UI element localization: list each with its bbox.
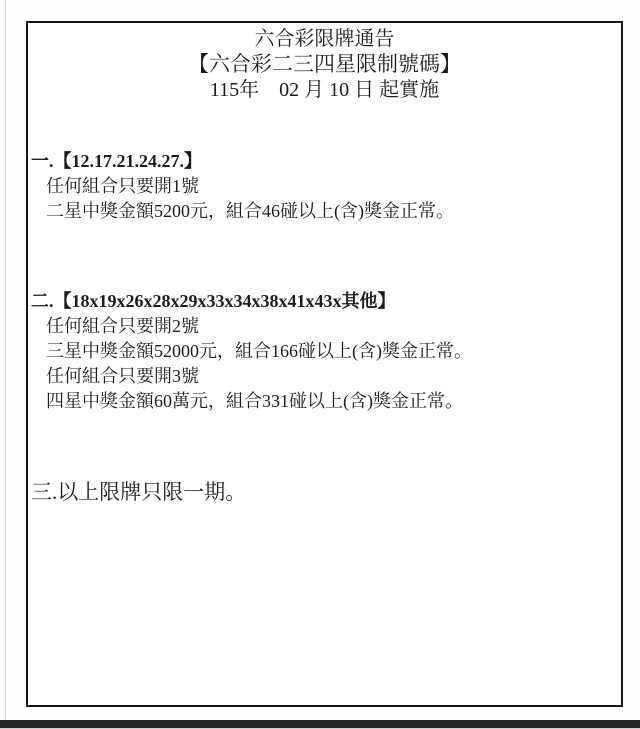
notice-header: 六合彩限牌通告 【六合彩二三四星限制號碼】 115年 02 月 10 日 起實施 xyxy=(28,27,621,103)
section-1: 一.【12.17.21.24.27.】 任何組合只要開1號 二星中獎金額5200… xyxy=(28,149,621,224)
notice-title: 六合彩限牌通告 xyxy=(28,27,621,51)
scanned-notice-page: 六合彩限牌通告 【六合彩二三四星限制號碼】 115年 02 月 10 日 起實施… xyxy=(0,0,640,729)
bottom-scan-band xyxy=(0,720,640,728)
notice-border-box: 六合彩限牌通告 【六合彩二三四星限制號碼】 115年 02 月 10 日 起實施… xyxy=(26,21,623,707)
left-scan-edge-line xyxy=(5,0,6,729)
notice-effective-date: 115年 02 月 10 日 起實施 xyxy=(28,77,621,103)
section-2-line: 任何組合只要開3號 xyxy=(28,364,621,389)
section-2: 二.【18x19x26x28x29x33x34x38x41x43x其他】 任何組… xyxy=(28,289,621,414)
section-2-line: 四星中獎金額60萬元，組合331碰以上(含)獎金正常。 xyxy=(28,389,621,414)
section-1-line: 任何組合只要開1號 xyxy=(28,174,621,199)
section-3-heading: 三.以上限牌只限一期。 xyxy=(28,479,621,505)
section-2-line: 三星中獎金額52000元，組合166碰以上(含)獎金正常。 xyxy=(28,339,621,364)
notice-subtitle: 【六合彩二三四星限制號碼】 xyxy=(28,51,621,77)
section-2-heading: 二.【18x19x26x28x29x33x34x38x41x43x其他】 xyxy=(28,289,621,314)
section-2-line: 任何組合只要開2號 xyxy=(28,314,621,339)
section-3: 三.以上限牌只限一期。 xyxy=(28,479,621,505)
section-1-heading: 一.【12.17.21.24.27.】 xyxy=(28,149,621,174)
section-1-line: 二星中獎金額5200元，組合46碰以上(含)獎金正常。 xyxy=(28,199,621,224)
